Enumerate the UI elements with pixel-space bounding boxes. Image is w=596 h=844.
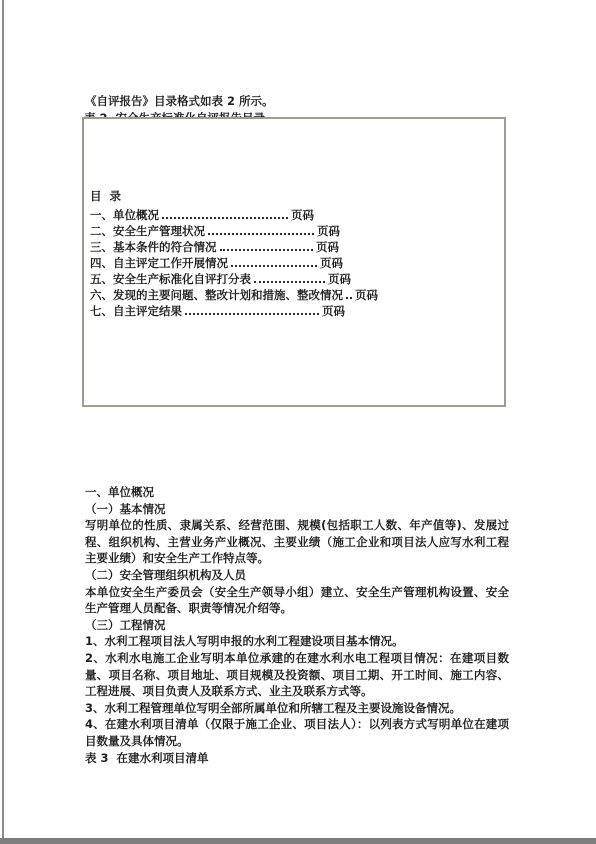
toc-entry-page: 页码: [291, 207, 314, 223]
toc-entry-label: 七、自主评定结果: [90, 303, 182, 319]
toc-entry: 四、自主评定工作开展情况 页码: [90, 255, 343, 271]
toc-entry: 五、安全生产标准化自评打分表 页码: [90, 271, 351, 287]
page-bottom-edge-bar: [0, 838, 596, 844]
toc-entry-page: 页码: [355, 287, 378, 303]
toc-entry-label: 二、安全生产管理状况: [90, 223, 205, 239]
toc-entry: 三、基本条件的符合情况 页码: [90, 239, 339, 255]
subsection-heading: （一）基本情况: [85, 501, 509, 518]
subsection-heading: （二）安全管理组织机构及人员: [85, 567, 509, 584]
paragraph: 写明单位的性质、隶属关系、经营范围、规模(包括职工人数、年产值等)、发展过程、组…: [85, 517, 509, 567]
document-page: 《自评报告》目录格式如表 2 所示。 表 2 安全生产标准化自评报告目录 目 录…: [0, 0, 596, 844]
toc-entry-page: 页码: [316, 239, 339, 255]
toc-leader-dots: [220, 249, 314, 251]
toc-entry-page: 页码: [317, 223, 340, 239]
toc-entry: 二、安全生产管理状况 页码: [90, 223, 340, 239]
toc-heading: 目 录: [90, 188, 504, 204]
toc-entry-page: 页码: [320, 255, 343, 271]
toc-entry-page: 页码: [322, 303, 345, 319]
subsection-heading: （三）工程情况: [85, 617, 509, 634]
toc-entry-label: 三、基本条件的符合情况: [90, 239, 217, 255]
toc-leader-dots: [231, 265, 317, 267]
toc-entry: 六、发现的主要问题、整改计划和措施、整改情况 页码: [90, 287, 364, 303]
toc-leader-dots: [162, 217, 288, 219]
toc-entry: 七、自主评定结果 页码: [90, 303, 345, 319]
paragraph: 1、水利工程项目法人写明申报的水利工程建设项目基本情况。: [85, 633, 509, 650]
intro-text: 《自评报告》目录格式如表 2 所示。: [85, 94, 274, 109]
table3-caption: 表 3 在建水利项目清单: [85, 750, 509, 767]
toc-entry-label: 四、自主评定工作开展情况: [90, 255, 228, 271]
toc-entry-label: 六、发现的主要问题、整改计划和措施、整改情况: [90, 287, 343, 303]
section-heading: 一、单位概况: [85, 484, 509, 501]
toc-leader-dots: [208, 233, 314, 235]
toc-box: 目 录 一、单位概况 页码 二、安全生产管理状况 页码 三、基本条件的符合情况 …: [82, 117, 506, 407]
paragraph: 2、水利水电施工企业写明本单位承建的在建水利水电工程项目情况：在建项目数量、项目…: [85, 650, 509, 700]
toc-entry: 一、单位概况 页码: [90, 207, 314, 223]
paragraph: 本单位安全生产委员会（安全生产领导小组）建立、安全生产管理机构设置、安全生产管理…: [85, 584, 509, 617]
paragraph: 3、水利工程管理单位写明全部所属单位和所辖工程及主要设施设备情况。: [85, 700, 509, 717]
toc-leader-dots: [254, 281, 325, 283]
page-left-edge-line: [2, 0, 4, 844]
toc-leader-dots: [185, 313, 319, 315]
toc-entry-label: 一、单位概况: [90, 207, 159, 223]
toc-entry-label: 五、安全生产标准化自评打分表: [90, 271, 251, 287]
toc-leader-dots: [346, 297, 352, 299]
paragraph: 4、在建水利项目清单（仅限于施工企业、项目法人）：以列表方式写明单位在建项目数量…: [85, 716, 509, 749]
toc-entry-page: 页码: [328, 271, 351, 287]
body-section: 一、单位概况 （一）基本情况 写明单位的性质、隶属关系、经营范围、规模(包括职工…: [85, 484, 509, 766]
